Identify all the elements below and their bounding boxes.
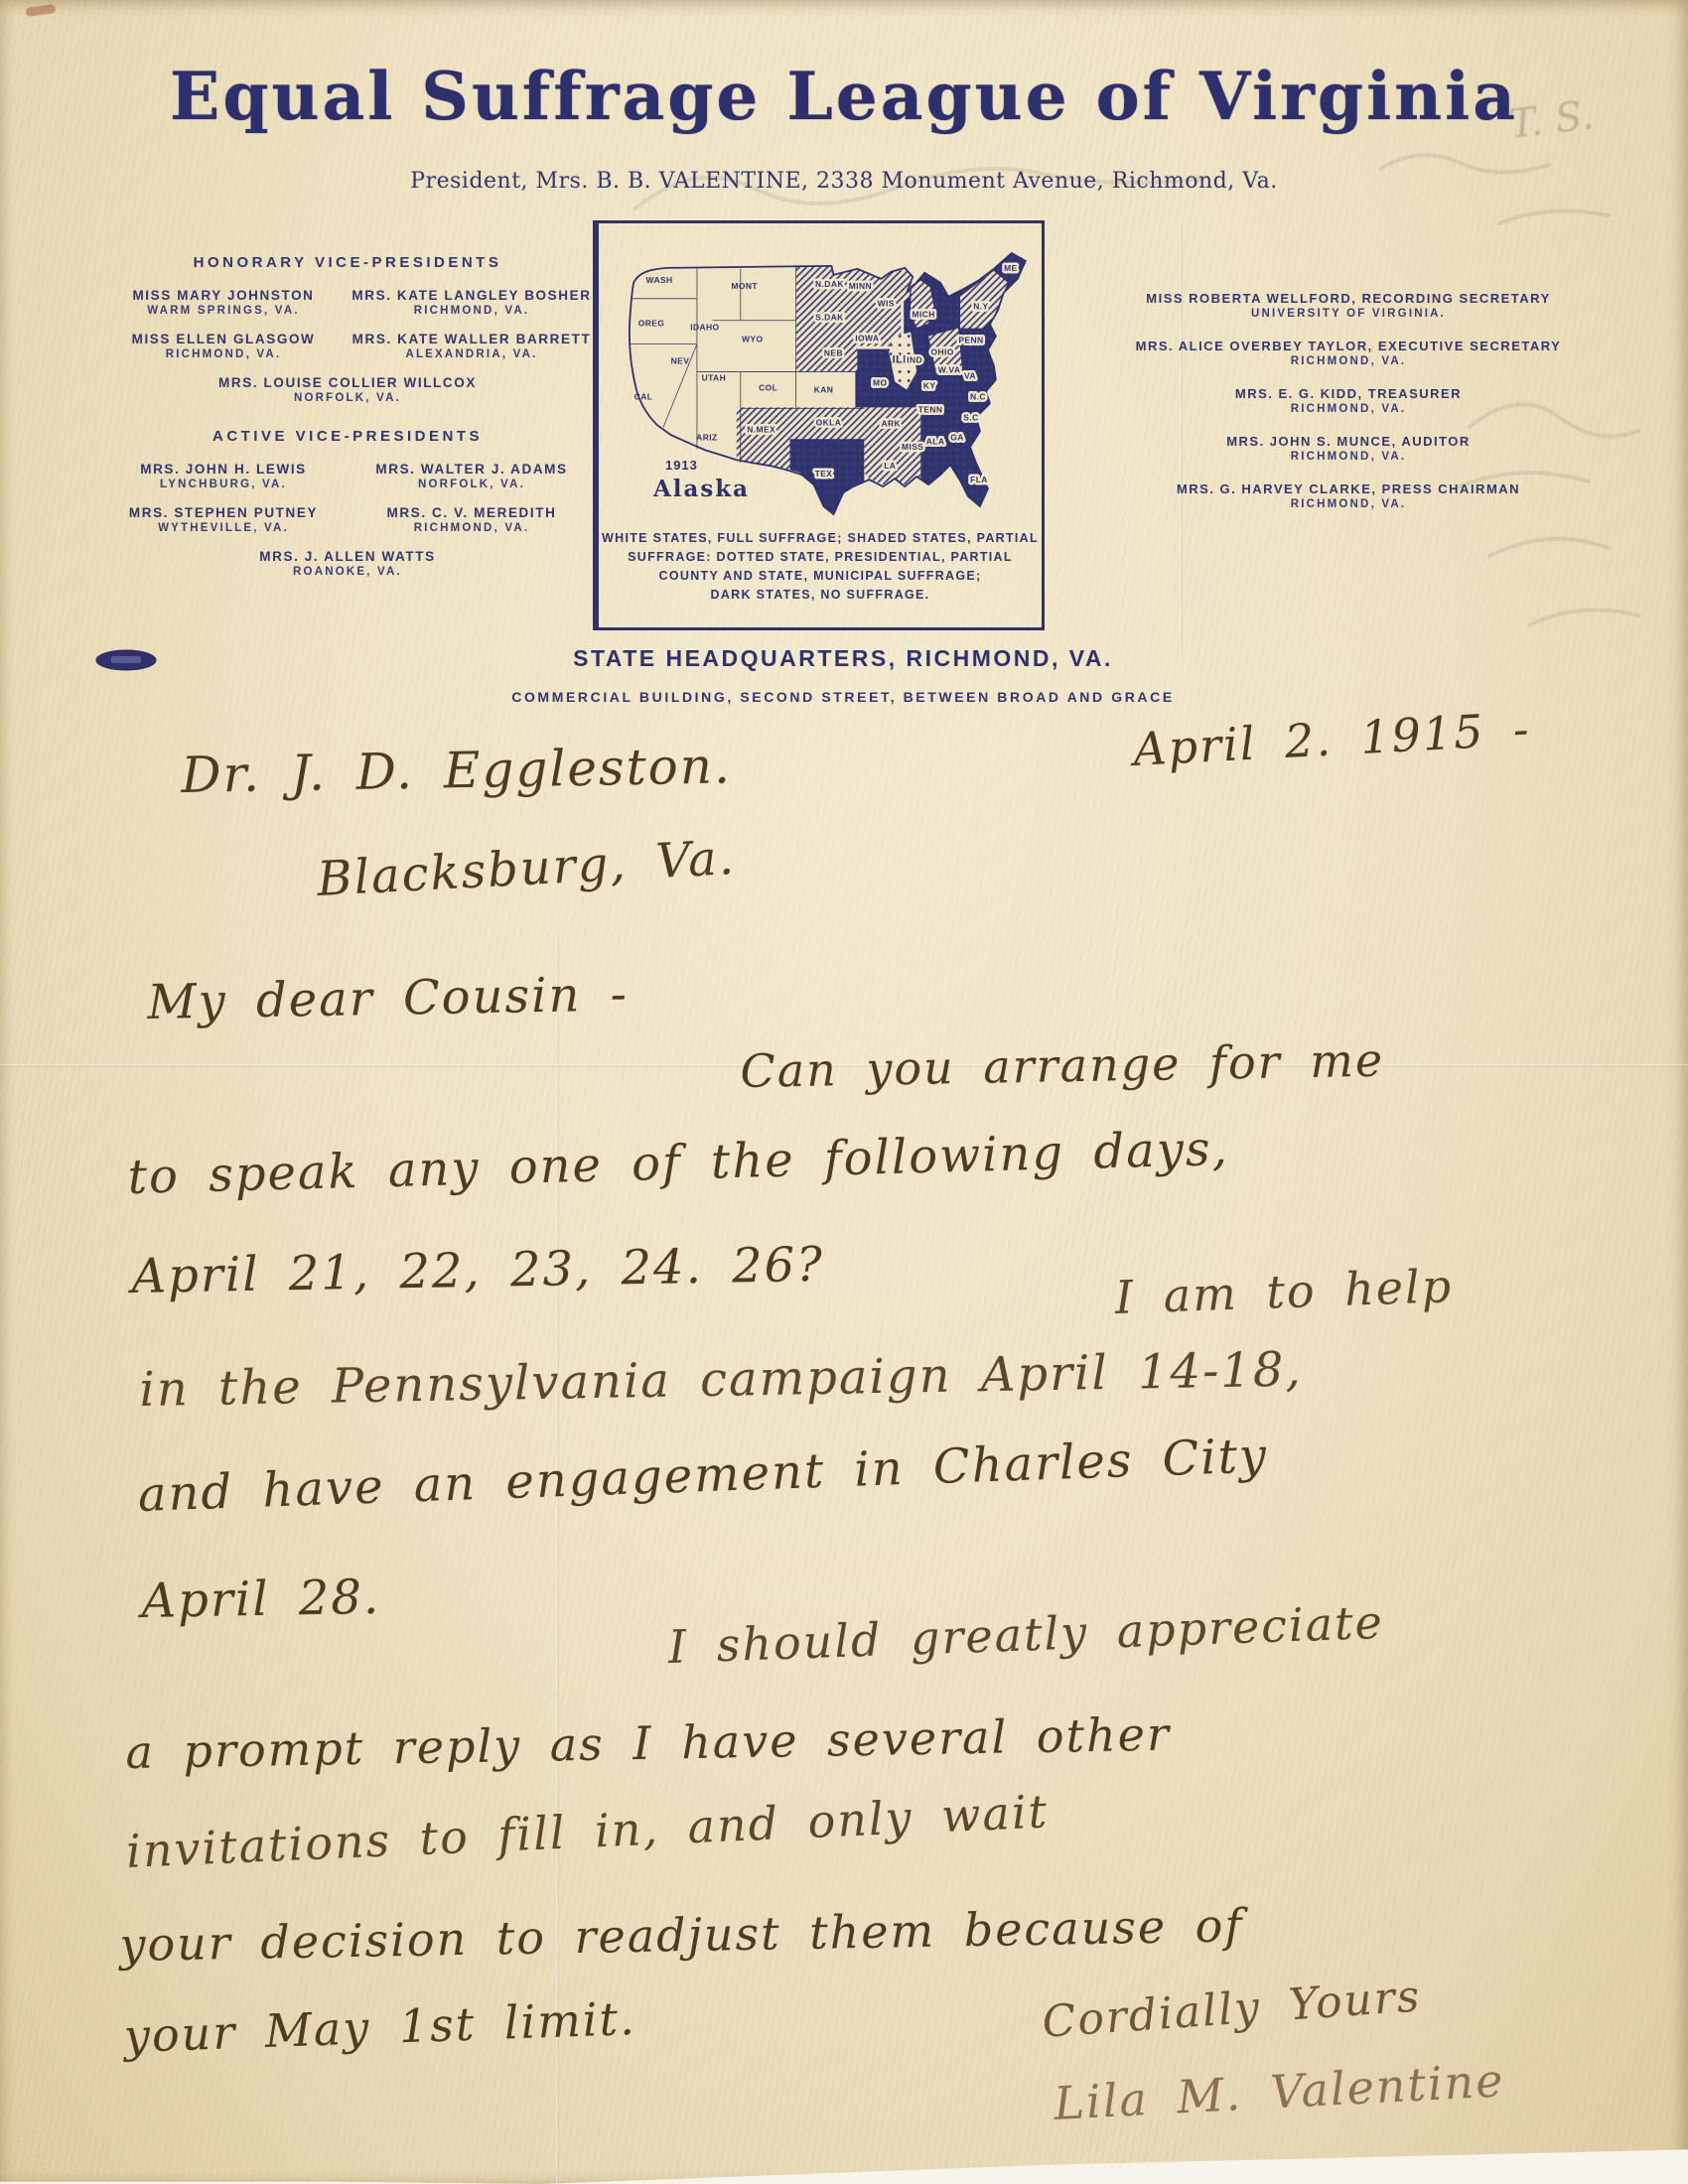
state-label: N.DAK: [815, 279, 844, 289]
state-label: KY: [923, 380, 936, 390]
map-caption-line: COUNTY AND STATE, MUNICIPAL SUFFRAGE;: [601, 567, 1040, 586]
state-label: N.C: [970, 391, 986, 401]
active-heading: ACTIVE VICE-PRESIDENTS: [103, 428, 592, 445]
state-label: OKLA: [816, 417, 842, 427]
handwritten-signature: Lila M. Valentine: [1053, 2053, 1506, 2130]
state-label: VA: [964, 370, 976, 380]
letter-scan-page: T. S. Equal Suffrage League of Virginia …: [0, 0, 1688, 2184]
handwritten-line: your May 1st limit.: [123, 1991, 636, 2063]
map-caption-line: SUFFRAGE: DOTTED STATE, PRESIDENTIAL, PA…: [601, 548, 1040, 567]
member-entry: MRS. JOHN H. LEWIS LYNCHBURG, VA.: [103, 461, 344, 492]
handwritten-closing: Cordially Yours: [1041, 1971, 1423, 2048]
state-label: KAN: [814, 384, 834, 394]
handwritten-line: in the Pennsylvania campaign April 14-18…: [139, 1342, 1303, 1418]
state-label: W.VA: [938, 365, 961, 375]
state-label: S.DAK: [815, 313, 844, 323]
corner-smudge: [26, 4, 57, 17]
active-vice-presidents-section: ACTIVE VICE-PRESIDENTS MRS. JOHN H. LEWI…: [103, 428, 592, 580]
state-label: LA: [884, 461, 896, 471]
state-label: ARIZ: [696, 432, 717, 442]
headquarters-address-line: COMMERCIAL BUILDING, SECOND STREET, BETW…: [421, 689, 1265, 705]
state-label: N.MEX: [747, 424, 775, 434]
state-label: MONT: [731, 281, 758, 291]
state-label: MISS: [902, 442, 923, 452]
handwritten-line: your decision to readjust them because o…: [119, 1898, 1244, 1972]
officer-entry: MISS ROBERTA WELLFORD, RECORDING SECRETA…: [1100, 290, 1597, 322]
state-label: TEX: [815, 469, 833, 478]
officer-entry: MRS. JOHN S. MUNCE, AUDITOR RICHMOND, VA…: [1100, 433, 1597, 465]
state-label: UTAH: [702, 372, 727, 382]
member-entry: MRS. STEPHEN PUTNEY WYTHEVILLE, VA.: [103, 504, 344, 536]
member-entry: MRS. KATE WALLER BARRETT ALEXANDRIA, VA.: [352, 331, 592, 362]
state-label: IDAHO: [690, 323, 719, 333]
map-caption: WHITE STATES, FULL SUFFRAGE; SHADED STAT…: [601, 529, 1040, 605]
state-label: FLA: [970, 475, 988, 484]
member-entry: MRS. C. V. MEREDITH RICHMOND, VA.: [352, 504, 592, 536]
suffrage-map: WASH OREG CAL NEV IDAHO MONT WYO UTAH CO…: [601, 225, 1039, 522]
headquarters-line: STATE HEADQUARTERS, RICHMOND, VA.: [421, 645, 1265, 672]
officers-column: MISS ROBERTA WELLFORD, RECORDING SECRETA…: [1100, 290, 1597, 528]
handwritten-line: to speak any one of the following days,: [127, 1121, 1229, 1205]
handwritten-recipient-city: Blacksburg, Va.: [316, 830, 737, 907]
president-line: President, Mrs. B. B. VALENTINE, 2338 Mo…: [0, 169, 1688, 194]
vice-presidents-column: HONORARY VICE-PRESIDENTS MISS MARY JOHNS…: [103, 254, 592, 580]
member-entry: MRS. KATE LANGLEY BOSHER RICHMOND, VA.: [352, 287, 592, 319]
map-year-label: 1913: [665, 458, 698, 473]
handwritten-recipient: Dr. J. D. Eggleston.: [181, 737, 732, 804]
active-list: MRS. JOHN H. LEWIS LYNCHBURG, VA. MRS. W…: [103, 461, 592, 580]
member-entry: MRS. LOUISE COLLIER WILLCOX NORFOLK, VA.: [103, 374, 592, 406]
state-label: OREG: [638, 319, 665, 329]
handwritten-line: I am to help: [1114, 1259, 1454, 1324]
handwritten-line: a prompt reply as I have several other: [125, 1707, 1171, 1779]
member-entry: MISS ELLEN GLASGOW RICHMOND, VA.: [103, 331, 344, 362]
handwritten-line: I should greatly appreciate: [667, 1595, 1385, 1674]
handwritten-line: April 28.: [141, 1570, 381, 1629]
state-label: S.C: [963, 412, 978, 422]
officer-entry: MRS. G. HARVEY CLARKE, PRESS CHAIRMAN RI…: [1100, 480, 1597, 512]
handwritten-date: April 2. 1915 -: [1132, 702, 1532, 776]
state-label: GA: [950, 432, 964, 442]
state-label: IND: [907, 355, 922, 365]
state-label: N.Y: [973, 302, 988, 312]
member-entry: MRS. J. ALLEN WATTS ROANOKE, VA.: [103, 548, 592, 580]
state-label: CAL: [634, 391, 653, 401]
state-label: COL: [759, 382, 777, 392]
state-label: MINN: [849, 281, 872, 291]
state-label: PENN: [958, 336, 983, 345]
handwritten-line: Can you arrange for me: [740, 1033, 1385, 1098]
suffrage-map-box: WASH OREG CAL NEV IDAHO MONT WYO UTAH CO…: [593, 220, 1045, 630]
state-label: WYO: [742, 335, 763, 344]
handwritten-line: invitations to fill in, and only wait: [125, 1784, 1050, 1877]
honorary-heading: HONORARY VICE-PRESIDENTS: [103, 254, 592, 271]
member-entry: MISS MARY JOHNSTON WARM SPRINGS, VA.: [103, 287, 344, 319]
state-label: WIS: [878, 299, 895, 309]
handwritten-line: and have an engagement in Charles City: [137, 1428, 1269, 1523]
state-label: ME: [1004, 263, 1018, 273]
alaska-label: Alaska: [652, 476, 750, 502]
officer-entry: MRS. ALICE OVERBEY TAYLOR, EXECUTIVE SEC…: [1100, 338, 1597, 369]
state-label: MO: [873, 377, 887, 387]
state-label: WASH: [646, 275, 673, 285]
state-label: ARK: [881, 418, 901, 428]
map-caption-line: DARK STATES, NO SUFFRAGE.: [601, 586, 1040, 605]
state-label: OHIO: [930, 347, 953, 357]
state-label: TENN: [918, 404, 943, 414]
state-label: MICH: [913, 310, 935, 320]
state-label: NEV: [671, 356, 690, 366]
organization-title: Equal Suffrage League of Virginia: [0, 58, 1688, 135]
state-label: ALA: [926, 436, 945, 446]
officer-entry: MRS. E. G. KIDD, TREASURER RICHMOND, VA.: [1100, 385, 1597, 417]
state-label: IOWA: [855, 334, 879, 343]
state-label: NEB: [824, 348, 843, 358]
handwritten-salutation: My dear Cousin -: [147, 967, 629, 1030]
handwritten-line: April 21, 22, 23, 24. 26?: [131, 1237, 824, 1304]
scan-bottom-edge: [0, 2124, 1688, 2184]
map-caption-line: WHITE STATES, FULL SUFFRAGE; SHADED STAT…: [601, 529, 1040, 548]
honorary-list: MISS MARY JOHNSTON WARM SPRINGS, VA. MRS…: [103, 287, 592, 406]
member-entry: MRS. WALTER J. ADAMS NORFOLK, VA.: [352, 461, 592, 492]
printers-union-label-icon: [93, 645, 159, 675]
